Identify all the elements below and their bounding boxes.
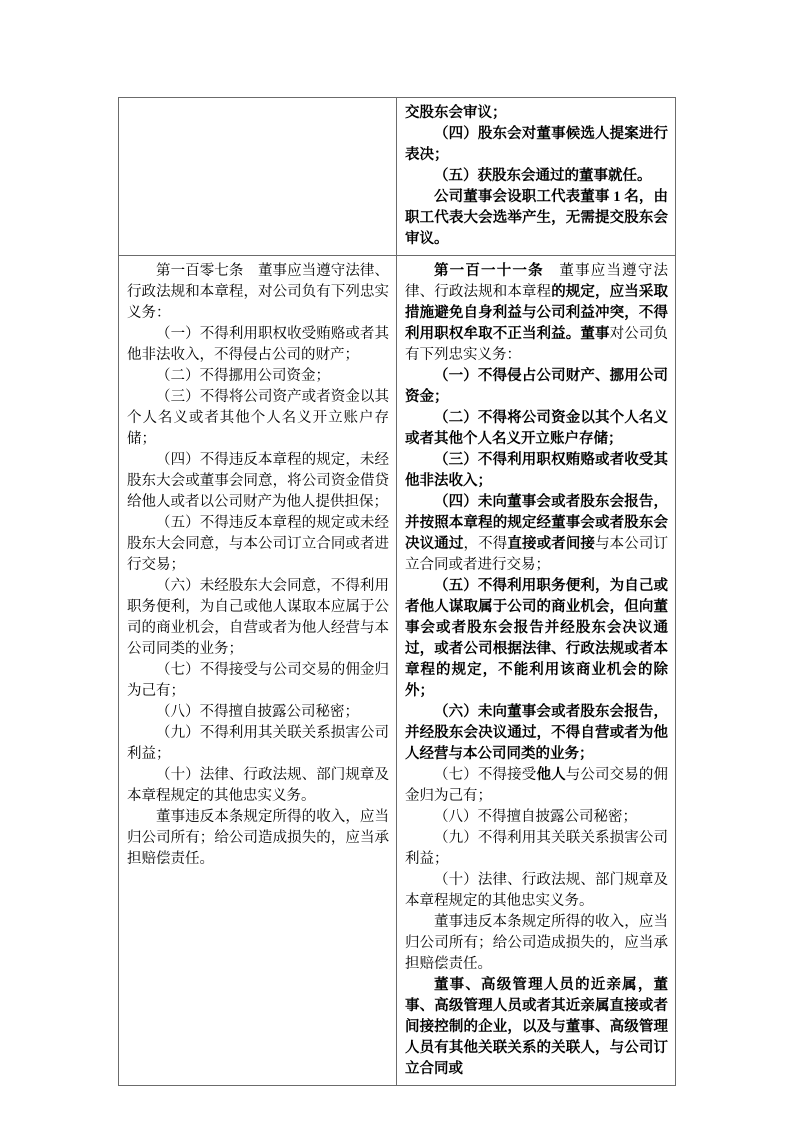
paragraph: 第一百零七条 董事应当遵守法律、行政法规和本章程，对公司负有下列忠实义务： (127, 261, 389, 324)
paragraph: 第一百一十一条 董事应当遵守法律、行政法规和本章程的规定，应当采取措施避免自身利… (405, 261, 668, 366)
text-run: （一）不得利用职权收受贿赂或者其他非法收入，不得侵占公司的财产； (127, 326, 389, 363)
text-run: （七）不得接受与公司交易的佣金归为己有； (127, 662, 389, 699)
paragraph: （二）不得将公司资金以其个人名义或者其他个人名义开立账户存储； (405, 408, 668, 450)
bold-text-run: （五）获股东会通过的董事就任。 (434, 168, 652, 184)
text-run: 董事违反本条规定所得的收入，应当归公司所有；给公司造成损失的，应当承担赔偿责任。 (127, 809, 389, 867)
paragraph: （四）未向董事会或者股东会报告，并按照本章程的规定经董事会或者股东会决议通过，不… (405, 492, 668, 576)
table-cell: 交股东会审议；（四）股东会对董事候选人提案进行表决；（五）获股东会通过的董事就任… (397, 98, 676, 256)
comparison-table: 交股东会审议；（四）股东会对董事候选人提案进行表决；（五）获股东会通过的董事就任… (118, 97, 676, 1086)
paragraph: （八）不得擅自披露公司秘密； (405, 807, 668, 828)
paragraph: （七）不得接受与公司交易的佣金归为己有； (127, 660, 389, 702)
bold-text-run: （二）不得将公司资金以其个人名义或者其他个人名义开立账户存储； (405, 410, 668, 447)
paragraph: （四）不得违反本章程的规定，未经股东大会或董事会同意，将公司资金借贷给他人或者以… (127, 450, 389, 513)
paragraph: （三）不得将公司资产或者资金以其个人名义或者其他个人名义开立账户存储； (127, 387, 389, 450)
text-run: （六）未经股东大会同意，不得利用职务便利，为自己或他人谋取本应属于公司的商业机会… (127, 578, 389, 657)
bold-text-run: 公司董事会设职工代表董事 1 名，由职工代表大会选举产生，无需提交股东会审议。 (405, 189, 668, 247)
text-run: （三）不得将公司资产或者资金以其个人名义或者其他个人名义开立账户存储； (127, 389, 389, 447)
text-run: 董事违反本条规定所得的收入，应当归公司所有；给公司造成损失的，应当承担赔偿责任。 (405, 914, 668, 972)
paragraph: 董事违反本条规定所得的收入，应当归公司所有；给公司造成损失的，应当承担赔偿责任。 (405, 912, 668, 975)
paragraph: （五）获股东会通过的董事就任。 (405, 166, 668, 187)
text-run: （四）不得违反本章程的规定，未经股东大会或董事会同意，将公司资金借贷给他人或者以… (127, 452, 389, 510)
bold-text-run: 交股东会审议； (405, 105, 507, 121)
paragraph: （九）不得利用其关联关系损害公司利益； (405, 828, 668, 870)
table-row: 第一百零七条 董事应当遵守法律、行政法规和本章程，对公司负有下列忠实义务：（一）… (119, 256, 676, 1086)
paragraph: （五）不得利用职务便利，为自己或者他人谋取属于公司的商业机会，但向董事会或者股东… (405, 576, 668, 702)
text-run: （八）不得擅自披露公司秘密； (434, 809, 637, 825)
bold-text-run: （五）不得利用职务便利，为自己或者他人谋取属于公司的商业机会，但向董事会或者股东… (405, 578, 668, 699)
bold-text-run: （一）不得侵占公司财产、挪用公司资金； (405, 368, 668, 405)
text-run: （八）不得擅自披露公司秘密； (156, 704, 359, 720)
paragraph: （六）未向董事会或者股东会报告，并经股东会决议通过，不得自营或者为他人经营与本公… (405, 702, 668, 765)
text-run: （五）不得违反本章程的规定或未经股东大会同意，与本公司订立合同或者进行交易； (127, 515, 389, 573)
paragraph: （四）股东会对董事候选人提案进行表决； (405, 124, 668, 166)
paragraph: （八）不得擅自披露公司秘密； (127, 702, 389, 723)
table-row: 交股东会审议；（四）股东会对董事候选人提案进行表决；（五）获股东会通过的董事就任… (119, 98, 676, 256)
paragraph: （三）不得利用职权贿赂或者收受其他非法收入； (405, 450, 668, 492)
paragraph: （一）不得侵占公司财产、挪用公司资金； (405, 366, 668, 408)
bold-text-run: 他人 (536, 767, 565, 783)
text-run: 第一百零七条 董事应当遵守法律、行政法规和本章程，对公司负有下列忠实义务： (127, 263, 389, 321)
paragraph: 交股东会审议； (405, 103, 668, 124)
document-page: 交股东会审议；（四）股东会对董事候选人提案进行表决；（五）获股东会通过的董事就任… (0, 0, 794, 1122)
bold-text-run: （三）不得利用职权贿赂或者收受其他非法收入； (405, 452, 668, 489)
text-run: （十）法律、行政法规、部门规章及本章程规定的其他忠实义务。 (127, 767, 389, 804)
paragraph: （十）法律、行政法规、部门规章及本章程规定的其他忠实义务。 (405, 870, 668, 912)
table-cell: 第一百一十一条 董事应当遵守法律、行政法规和本章程的规定，应当采取措施避免自身利… (397, 256, 676, 1086)
bold-text-run: （六）未向董事会或者股东会报告，并经股东会决议通过，不得自营或者为他人经营与本公… (405, 704, 668, 762)
text-run: （二）不得挪用公司资金； (156, 368, 330, 384)
paragraph: 公司董事会设职工代表董事 1 名，由职工代表大会选举产生，无需提交股东会审议。 (405, 187, 668, 250)
bold-text-run: 董事、高级管理人员的近亲属，董事、高级管理人员或者其近亲属直接或者间接控制的企业… (405, 977, 668, 1077)
paragraph: （二）不得挪用公司资金； (127, 366, 389, 387)
table-cell (119, 98, 397, 256)
bold-text-run: （四）股东会对董事候选人提案进行表决； (405, 126, 668, 163)
text-run: （九）不得利用其关联关系损害公司利益； (127, 725, 389, 762)
text-run: （十）法律、行政法规、部门规章及本章程规定的其他忠实义务。 (405, 872, 668, 909)
paragraph: 董事违反本条规定所得的收入，应当归公司所有；给公司造成损失的，应当承担赔偿责任。 (127, 807, 389, 870)
paragraph: （六）未经股东大会同意，不得利用职务便利，为自己或他人谋取本应属于公司的商业机会… (127, 576, 389, 660)
table-cell: 第一百零七条 董事应当遵守法律、行政法规和本章程，对公司负有下列忠实义务：（一）… (119, 256, 397, 1086)
text-run: （九）不得利用其关联关系损害公司利益； (405, 830, 668, 867)
paragraph: （七）不得接受他人与公司交易的佣金归为己有； (405, 765, 668, 807)
paragraph: （九）不得利用其关联关系损害公司利益； (127, 723, 389, 765)
table-body: 交股东会审议；（四）股东会对董事候选人提案进行表决；（五）获股东会通过的董事就任… (119, 98, 676, 1086)
text-run: ，不得 (463, 536, 507, 552)
text-run: （七）不得接受 (434, 767, 536, 783)
paragraph: 董事、高级管理人员的近亲属，董事、高级管理人员或者其近亲属直接或者间接控制的企业… (405, 975, 668, 1080)
bold-text-run: 第一百一十一条 (434, 263, 544, 279)
paragraph: （一）不得利用职权收受贿赂或者其他非法收入，不得侵占公司的财产； (127, 324, 389, 366)
paragraph: （五）不得违反本章程的规定或未经股东大会同意，与本公司订立合同或者进行交易； (127, 513, 389, 576)
bold-text-run: 直接或者间接 (507, 536, 595, 552)
paragraph: （十）法律、行政法规、部门规章及本章程规定的其他忠实义务。 (127, 765, 389, 807)
